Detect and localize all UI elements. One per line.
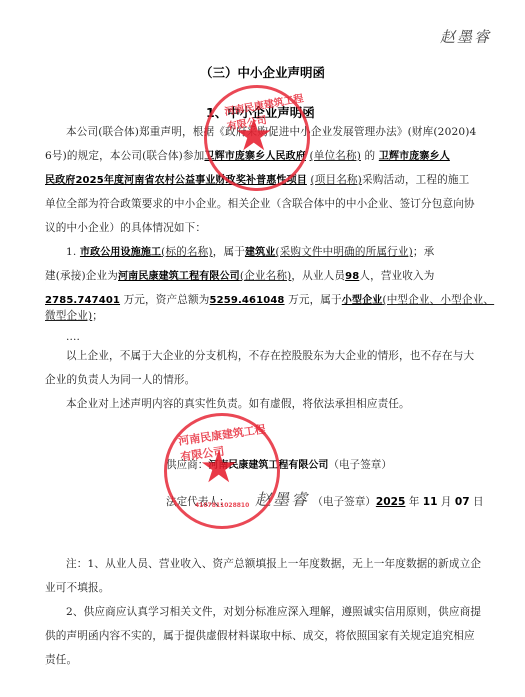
star-icon: ★: [234, 114, 273, 158]
label: (企业名称): [240, 270, 292, 282]
date-day: 07: [455, 496, 470, 508]
note1-line1: 注：1、从业人员、营业收入、资产总额填报上一年度数据，无上一年度数据的新成立企: [66, 557, 476, 571]
project-name-start: 卫辉市庞寨乡人: [379, 151, 450, 162]
text: ；承: [413, 246, 435, 258]
label: (标的名称): [161, 246, 213, 258]
text: 的: [365, 150, 376, 162]
item1-line3: 2785.747401 万元，资产总额为5259.461048 万元，属于小型企…: [45, 293, 475, 308]
subject-name: 市政公用设施施工: [80, 247, 161, 258]
text: 采购活动，工程的施工: [362, 174, 469, 186]
note2-line2: 供的声明函内容不实的，属于提供虚假材料谋取中标、成交，将依照国家有关规定追究相应: [45, 629, 475, 643]
note2-line1: 2、供应商应认真学习相关文件，对划分标准应深入理解，遵照诚实信用原则，供应商提: [66, 605, 476, 619]
label: (中型企业、小型企业、: [382, 294, 494, 306]
employee-count: 98: [345, 271, 359, 282]
e-seal-note: （电子签章）: [328, 459, 392, 471]
para2-line1: 以上企业，不属于大企业的分支机构，不存在控股股东为大企业的情形，也不存在与大: [66, 349, 476, 363]
document-title: （三）中小企业声明函: [200, 63, 325, 81]
seal-code: 4107811028810: [195, 502, 249, 509]
text: ；: [92, 310, 103, 322]
ellipsis: ....: [66, 330, 476, 344]
company-seal-bottom: 河南民康建筑工程有限公司 ★ 4107811028810: [164, 413, 280, 529]
text: 6号)的规定，本公司(联合体)参加: [45, 150, 204, 162]
note1-line2: 业可不填报。: [45, 581, 475, 595]
industry: 建筑业: [245, 247, 275, 258]
text: 万元，属于: [288, 294, 342, 306]
item1-line1: 1. 市政公用设施施工(标的名称)，属于建筑业(采购文件中明确的所属行业)；承: [66, 245, 476, 260]
star-icon: ★: [199, 446, 238, 490]
revenue-value: 2785.747401: [45, 295, 120, 306]
date-year: 2025: [376, 496, 406, 508]
company-seal-top: 河南民康建筑工程有限公司 ★: [204, 85, 310, 191]
note2-line3: 责任。: [45, 653, 475, 667]
label: (项目名称): [310, 174, 362, 186]
date-month: 11: [423, 496, 438, 508]
label: 微型企业): [45, 310, 92, 322]
assets-value: 5259.461048: [210, 295, 285, 306]
signature-top: 赵墨睿: [440, 26, 491, 47]
month-unit: 月: [441, 496, 452, 508]
day-unit: 日: [473, 496, 484, 508]
e-seal-note: （电子签章）: [312, 496, 376, 508]
item-number: 1.: [66, 246, 76, 258]
para3: 本企业对上述声明内容的真实性负责。如有虚假，将依法承担相应责任。: [66, 397, 476, 411]
label: (采购文件中明确的所属行业): [275, 246, 413, 258]
text: 建(承接)企业为: [45, 270, 118, 282]
text: ，从业人员: [291, 270, 345, 282]
label: (单位名称): [309, 150, 361, 162]
para2-line2: 企业的负责人为同一人的情形。: [45, 373, 475, 387]
para1-line4: 单位全部为符合政策要求的中小企业。相关企业（含联合体中的中小企业、签订分包意向协: [45, 197, 475, 211]
text: ，属于: [213, 246, 245, 258]
text: 人，营业收入为: [359, 270, 434, 282]
item1-line2: 建(承接)企业为河南民康建筑工程有限公司(企业名称)，从业人员98人，营业收入为: [45, 269, 475, 284]
enterprise-size: 小型企业: [342, 295, 383, 306]
item1-line4: 微型企业)；: [45, 309, 475, 323]
company-name: 河南民康建筑工程有限公司: [118, 271, 240, 282]
para1-line5: 议的中小企业）的具体情况如下：: [45, 221, 475, 235]
text: 万元，资产总额为: [124, 294, 210, 306]
year-unit: 年: [409, 496, 420, 508]
